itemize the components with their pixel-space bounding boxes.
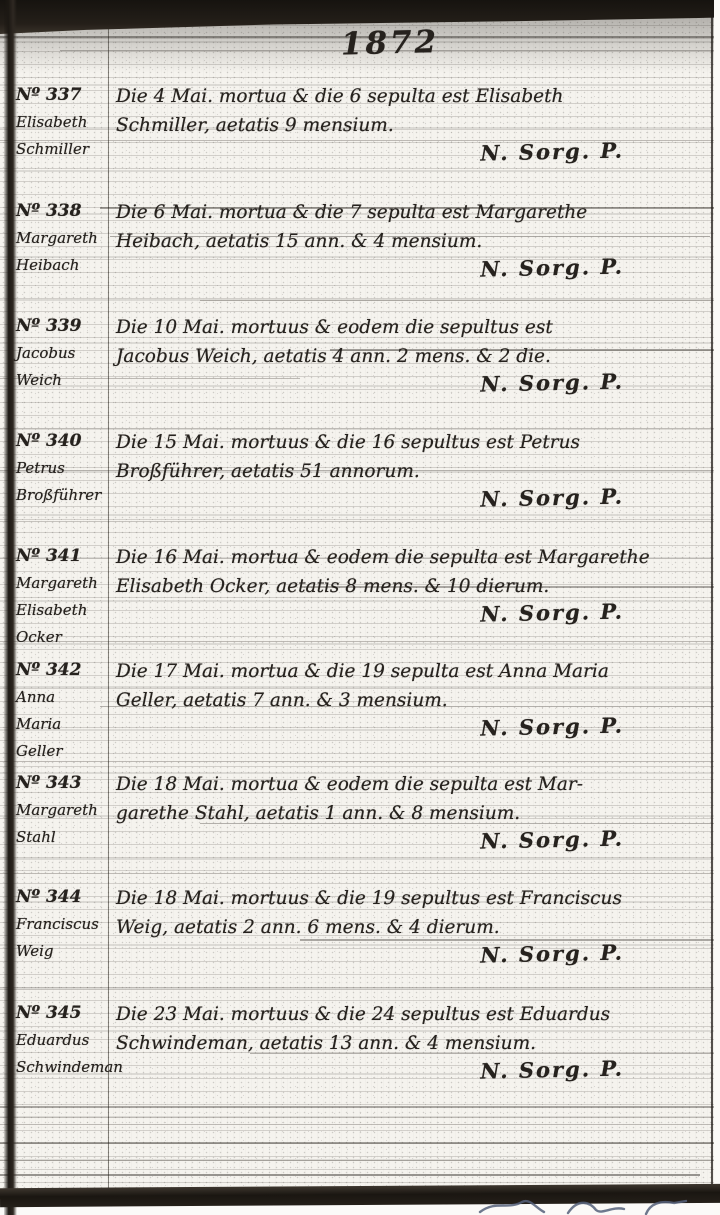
register-entry-344: Nº 344 Franciscus Weig Die 18 Mai. mortu… [16,884,708,971]
margin-name-line: Franciscus [16,911,109,938]
priest-signature: N. Sorg. P. [116,250,708,291]
register-entry-338: Nº 338 Margareth Heibach Die 6 Mai. mort… [16,198,708,285]
entry-number: Nº 337 [16,82,109,109]
entry-number: Nº 343 [16,770,109,797]
record-text-line: Die 4 Mai. mortua & die 6 sepulta est El… [116,82,708,111]
entry-margin-column: Nº 339 Jacobus Weich [16,313,109,400]
register-page-scan: 1872 Nº 337 Elisabeth Schmiller Die 4 Ma… [0,0,720,1215]
register-entry-337: Nº 337 Elisabeth Schmiller Die 4 Mai. mo… [16,82,708,169]
entry-body: Die 16 Mai. mortua & eodem die sepulta e… [109,543,708,651]
entry-number: Nº 344 [16,884,109,911]
register-entry-340: Nº 340 Petrus Broßführer Die 15 Mai. mor… [16,428,708,515]
margin-name-line: Anna [16,684,109,711]
priest-signature: N. Sorg. P. [116,365,708,406]
entry-body: Die 17 Mai. mortua & die 19 sepulta est … [109,657,708,765]
entry-body: Die 6 Mai. mortua & die 7 sepulta est Ma… [109,198,708,285]
entry-body: Die 23 Mai. mortuus & die 24 sepultus es… [109,1000,708,1087]
margin-name-line: Weig [16,938,109,965]
priest-signature: N. Sorg. P. [116,595,708,636]
margin-name-line: Stahl [16,824,109,851]
record-text-line: Die 16 Mai. mortua & eodem die sepulta e… [116,543,708,572]
margin-name-line: Jacobus [16,340,109,367]
page-edge-right-rule [711,14,713,1194]
entry-body: Die 15 Mai. mortuus & die 16 sepultus es… [109,428,708,515]
entry-margin-column: Nº 343 Margareth Stahl [16,770,109,857]
entry-body: Die 4 Mai. mortua & die 6 sepulta est El… [109,82,708,169]
entry-margin-column: Nº 337 Elisabeth Schmiller [16,82,109,169]
entry-number: Nº 340 [16,428,109,455]
entry-number: Nº 338 [16,198,109,225]
entry-number: Nº 342 [16,657,109,684]
entry-number: Nº 345 [16,1000,109,1027]
entry-margin-column: Nº 344 Franciscus Weig [16,884,109,971]
margin-name-line: Schmiller [16,136,109,163]
entry-number: Nº 341 [16,543,109,570]
page-edge-left [4,0,17,1215]
priest-signature: N. Sorg. P. [116,134,708,175]
record-text-line: Die 10 Mai. mortuus & eodem die sepultus… [116,313,708,342]
scan-streak [200,300,720,301]
entry-body: Die 18 Mai. mortuus & die 19 sepultus es… [109,884,708,971]
priest-signature: N. Sorg. P. [116,1052,708,1093]
entry-margin-column: Nº 338 Margareth Heibach [16,198,109,285]
margin-name-line: Eduardus [16,1027,109,1054]
margin-name-line: Maria [16,711,109,738]
entry-number: Nº 339 [16,313,109,340]
margin-name-line: Margareth [16,225,109,252]
priest-signature: N. Sorg. P. [116,709,708,750]
entry-body: Die 18 Mai. mortua & eodem die sepulta e… [109,770,708,857]
priest-signature: N. Sorg. P. [116,822,708,863]
priest-signature: N. Sorg. P. [116,480,708,521]
entry-margin-column: Nº 340 Petrus Broßführer [16,428,109,515]
record-text-line: Die 18 Mai. mortuus & die 19 sepultus es… [116,884,708,913]
margin-name-line: Margareth [16,797,109,824]
margin-name-line: Petrus [16,455,109,482]
scan-margin-right [714,0,720,1215]
entry-margin-column: Nº 345 Eduardus Schwindeman [16,1000,109,1087]
register-entry-341: Nº 341 Margareth Elisabeth Ocker Die 16 … [16,543,708,651]
scan-streak [0,1174,700,1176]
margin-name-line: Heibach [16,252,109,279]
priest-signature: N. Sorg. P. [116,936,708,977]
record-text-line: Die 23 Mai. mortuus & die 24 sepultus es… [116,1000,708,1029]
record-text-line: Die 6 Mai. mortua & die 7 sepulta est Ma… [116,198,708,227]
record-text-line: Die 15 Mai. mortuus & die 16 sepultus es… [116,428,708,457]
margin-name-line: Elisabeth [16,597,109,624]
register-entry-343: Nº 343 Margareth Stahl Die 18 Mai. mortu… [16,770,708,857]
entry-margin-column: Nº 341 Margareth Elisabeth Ocker [16,543,109,651]
bottom-scrawl-mark [478,1196,688,1215]
register-entry-345: Nº 345 Eduardus Schwindeman Die 23 Mai. … [16,1000,708,1087]
margin-name-line: Broßführer [16,482,109,509]
record-text-line: Die 18 Mai. mortua & eodem die sepulta e… [116,770,708,799]
margin-name-line: Geller [16,738,109,765]
margin-name-line: Ocker [16,624,109,651]
entry-margin-column: Nº 342 Anna Maria Geller [16,657,109,765]
margin-name-line: Margareth [16,570,109,597]
entry-body: Die 10 Mai. mortuus & eodem die sepultus… [109,313,708,400]
register-entry-339: Nº 339 Jacobus Weich Die 10 Mai. mortuus… [16,313,708,400]
margin-name-line: Weich [16,367,109,394]
margin-name-line: Schwindeman [16,1054,109,1081]
record-text-line: Die 17 Mai. mortua & die 19 sepulta est … [116,657,708,686]
register-entry-342: Nº 342 Anna Maria Geller Die 17 Mai. mor… [16,657,708,765]
margin-name-line: Elisabeth [16,109,109,136]
